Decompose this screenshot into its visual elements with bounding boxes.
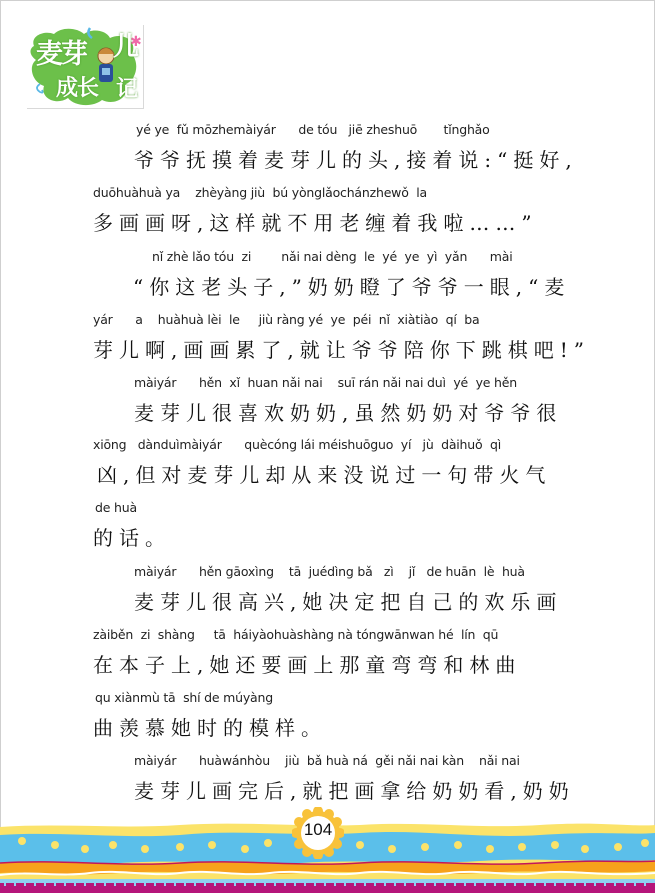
pinyin-line: nǐ zhè lǎo tóu zi nǎi nai dèng le yé ye … bbox=[152, 249, 513, 264]
page-number: 104 bbox=[292, 820, 344, 840]
pinyin-line: yár a huàhuà lèi le jiù ràng yé ye péi n… bbox=[93, 312, 479, 327]
pinyin-line: màiyár hěn xǐ huan nǎi nai suī rán nǎi n… bbox=[134, 375, 517, 390]
pinyin-line: yé ye fǔ mōzhemàiyár de tóu jiē zheshuō … bbox=[136, 122, 490, 137]
logo-title-line2-end: 记 bbox=[116, 72, 138, 103]
book-logo: ✱ 麦芽 儿 成长 记 bbox=[26, 24, 143, 108]
pinyin-line: duōhuàhuà ya zhèyàng jiù bú yònglǎochánz… bbox=[93, 185, 427, 200]
hanzi-line: 多画画呀,这样就不用老缠着我啦……” bbox=[93, 207, 538, 236]
hanzi-line: 麦芽儿画完后,就把画拿给奶奶看,奶奶 bbox=[134, 775, 575, 804]
hanzi-line: 的话。 bbox=[93, 522, 171, 551]
hanzi-line: 在本子上,她还要画上那童弯弯和林曲 bbox=[93, 649, 521, 678]
pinyin-line: qu xiànmù tā shí de múyàng bbox=[95, 690, 273, 705]
pinyin-line: màiyár huàwánhòu jiù bǎ huà ná gěi nǎi n… bbox=[134, 753, 520, 768]
hanzi-line: 麦芽儿很喜欢奶奶,虽然奶奶对爷爷很 bbox=[134, 397, 562, 426]
pinyin-line: de huà bbox=[95, 500, 137, 515]
logo-title-line1: 麦芽 bbox=[36, 32, 86, 71]
hanzi-line: 爷爷抚摸着麦芽儿的头,接着说:“挺好, bbox=[134, 144, 578, 173]
pinyin-line: màiyár hěn gāoxìng tā juédìng bǎ zì jǐ d… bbox=[134, 564, 525, 579]
hanzi-line: “你这老头子,”奶奶瞪了爷爷一眼,“麦 bbox=[133, 271, 570, 300]
pinyin-line: xiōng dànduìmàiyár quècóng lái méishuōgu… bbox=[93, 437, 501, 452]
hanzi-line: 麦芽儿很高兴,她决定把自己的欢乐画 bbox=[134, 586, 562, 615]
logo-title-line1-end: 儿 bbox=[113, 26, 139, 63]
hanzi-line: 芽儿啊,画画累了,就让爷爷陪你下跳棋吧!” bbox=[93, 334, 590, 363]
pinyin-line: zàiběn zi shàng tā háiyàohuàshàng nà tón… bbox=[93, 627, 498, 642]
hanzi-line: 凶,但对麦芽儿却从来没说过一句带火气 bbox=[97, 459, 551, 488]
logo-title-line2: 成长 bbox=[56, 71, 98, 102]
hanzi-line: 曲羡慕她时的模样。 bbox=[93, 712, 327, 741]
